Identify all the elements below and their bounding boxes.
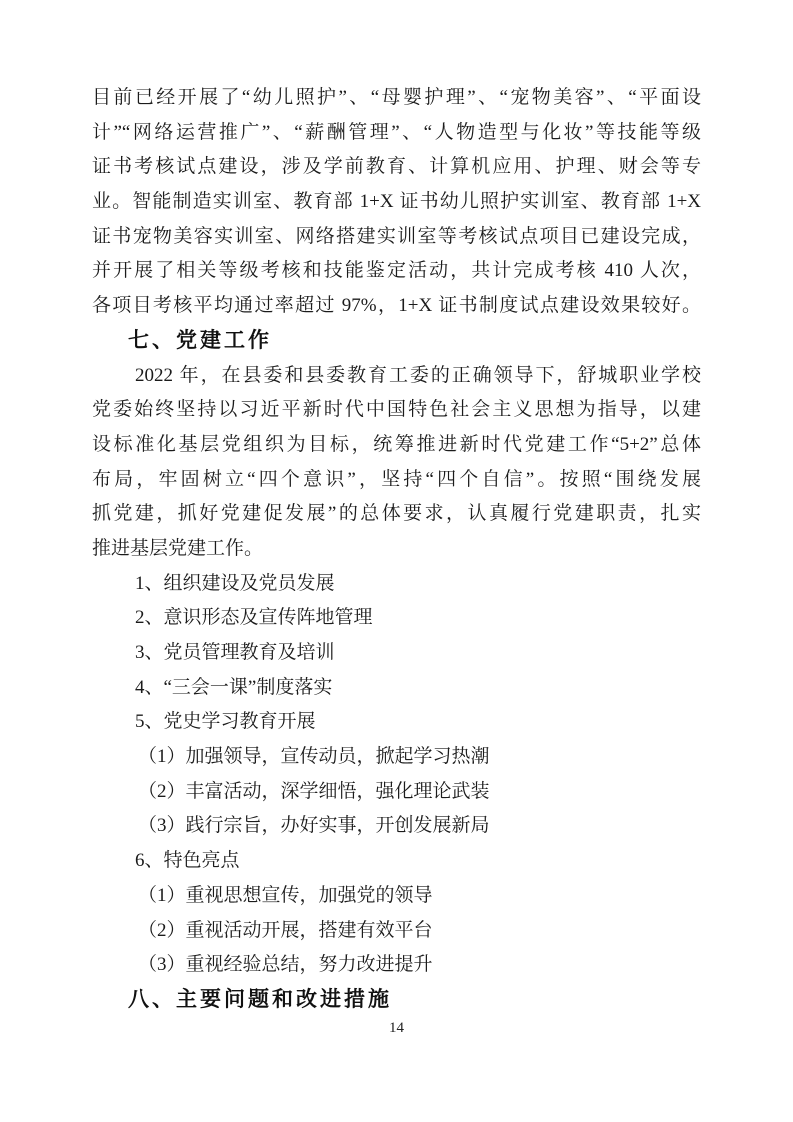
text-line: 党委始终坚持以习近平新时代中国特色社会主义思想为指导，以建 <box>92 393 701 428</box>
text-line: （3）践行宗旨，办好实事，开创发展新局 <box>92 809 701 844</box>
text-line: 各项目考核平均通过率超过 97%，1+X 证书制度试点建设效果较好。 <box>92 289 701 324</box>
section-heading: 七、党建工作 <box>92 324 701 359</box>
text-line: （2）重视活动开展，搭建有效平台 <box>92 914 701 949</box>
text-line: 证书考核试点建设，涉及学前教育、计算机应用、护理、财会等专 <box>92 150 701 185</box>
text-line: 6、特色亮点 <box>92 844 701 879</box>
text-line: 证书宠物美容实训室、网络搭建实训室等考核试点项目已建设完成， <box>92 220 701 255</box>
text-line: 2022 年，在县委和县委教育工委的正确领导下，舒城职业学校 <box>92 359 701 394</box>
text-line: 1、组织建设及党员发展 <box>92 567 701 602</box>
text-line: 2、意识形态及宣传阵地管理 <box>92 601 701 636</box>
text-line: 计”“网络运营推广”、“薪酬管理”、“人物造型与化妆”等技能等级 <box>92 116 701 151</box>
text-line: 5、党史学习教育开展 <box>92 705 701 740</box>
text-line: 布局，牢固树立“四个意识”，坚持“四个自信”。按照“围绕发展 <box>92 463 701 498</box>
text-line: 并开展了相关等级考核和技能鉴定活动，共计完成考核 410 人次， <box>92 254 701 289</box>
text-line: 推进基层党建工作。 <box>92 532 701 567</box>
document-page: 目前已经开展了“幼儿照护”、“母婴护理”、“宠物美容”、“平面设计”“网络运营推… <box>0 0 793 1122</box>
text-line: 目前已经开展了“幼儿照护”、“母婴护理”、“宠物美容”、“平面设 <box>92 81 701 116</box>
text-line: 设标准化基层党组织为目标，统筹推进新时代党建工作“5+2”总体 <box>92 428 701 463</box>
text-line: （3）重视经验总结，努力改进提升 <box>92 948 701 983</box>
page-number: 14 <box>0 1020 793 1037</box>
text-line: 业。智能制造实训室、教育部 1+X 证书幼儿照护实训室、教育部 1+X <box>92 185 701 220</box>
text-line: （1）重视思想宣传，加强党的领导 <box>92 879 701 914</box>
text-line: （2）丰富活动，深学细悟，强化理论武装 <box>92 775 701 810</box>
text-line: 4、“三会一课”制度落实 <box>92 671 701 706</box>
section-heading: 八、主要问题和改进措施 <box>92 983 701 1018</box>
text-line: 3、党员管理教育及培训 <box>92 636 701 671</box>
text-line: 抓党建，抓好党建促发展”的总体要求，认真履行党建职责，扎实 <box>92 497 701 532</box>
text-line: （1）加强领导，宣传动员，掀起学习热潮 <box>92 740 701 775</box>
document-content: 目前已经开展了“幼儿照护”、“母婴护理”、“宠物美容”、“平面设计”“网络运营推… <box>92 81 701 1018</box>
